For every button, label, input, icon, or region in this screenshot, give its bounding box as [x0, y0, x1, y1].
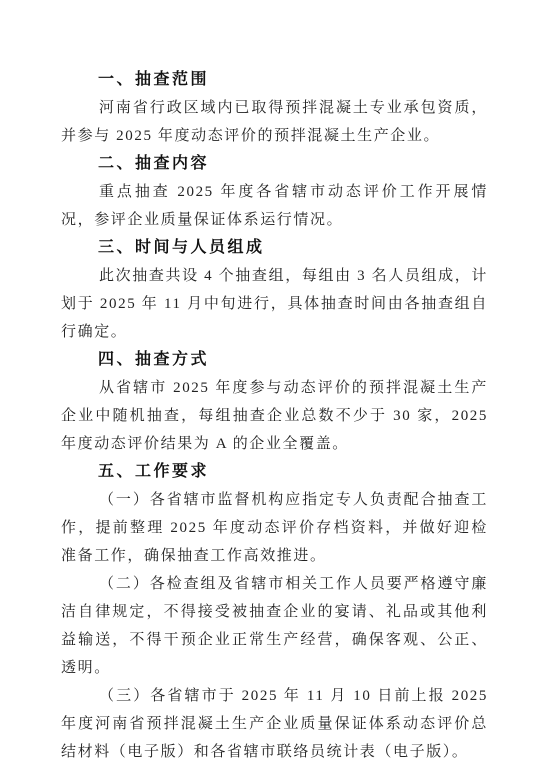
section-paragraph: 河南省行政区域内已取得预拌混凝土专业承包资质，并参与 2025 年度动态评价的预… — [61, 94, 488, 150]
section-paragraph: （二）各检查组及省辖市相关工作人员要严格遵守廉洁自律规定，不得接受被抽查企业的宴… — [61, 570, 488, 682]
section-paragraph: 重点抽查 2025 年度各省辖市动态评价工作开展情况，参评企业质量保证体系运行情… — [61, 178, 488, 234]
section-heading-requirements: 五、工作要求 — [61, 458, 488, 486]
section-paragraph: 此次抽查共设 4 个抽查组，每组由 3 名人员组成，计划于 2025 年 11 … — [61, 262, 488, 346]
section-paragraph: （三）各省辖市于 2025 年 11 月 10 日前上报 2025 年度河南省预… — [61, 682, 488, 766]
section-paragraph: 从省辖市 2025 年度参与动态评价的预拌混凝土生产企业中随机抽查，每组抽查企业… — [61, 374, 488, 458]
section-paragraph: （一）各省辖市监督机构应指定专人负责配合抽查工作，提前整理 2025 年度动态评… — [61, 486, 488, 570]
section-heading-method: 四、抽查方式 — [61, 346, 488, 374]
document-page: 一、抽查范围 河南省行政区域内已取得预拌混凝土专业承包资质，并参与 2025 年… — [0, 0, 543, 768]
document-body: 一、抽查范围 河南省行政区域内已取得预拌混凝土专业承包资质，并参与 2025 年… — [61, 66, 488, 766]
section-heading-time-personnel: 三、时间与人员组成 — [61, 234, 488, 262]
section-heading-scope: 一、抽查范围 — [61, 66, 488, 94]
section-heading-content: 二、抽查内容 — [61, 150, 488, 178]
